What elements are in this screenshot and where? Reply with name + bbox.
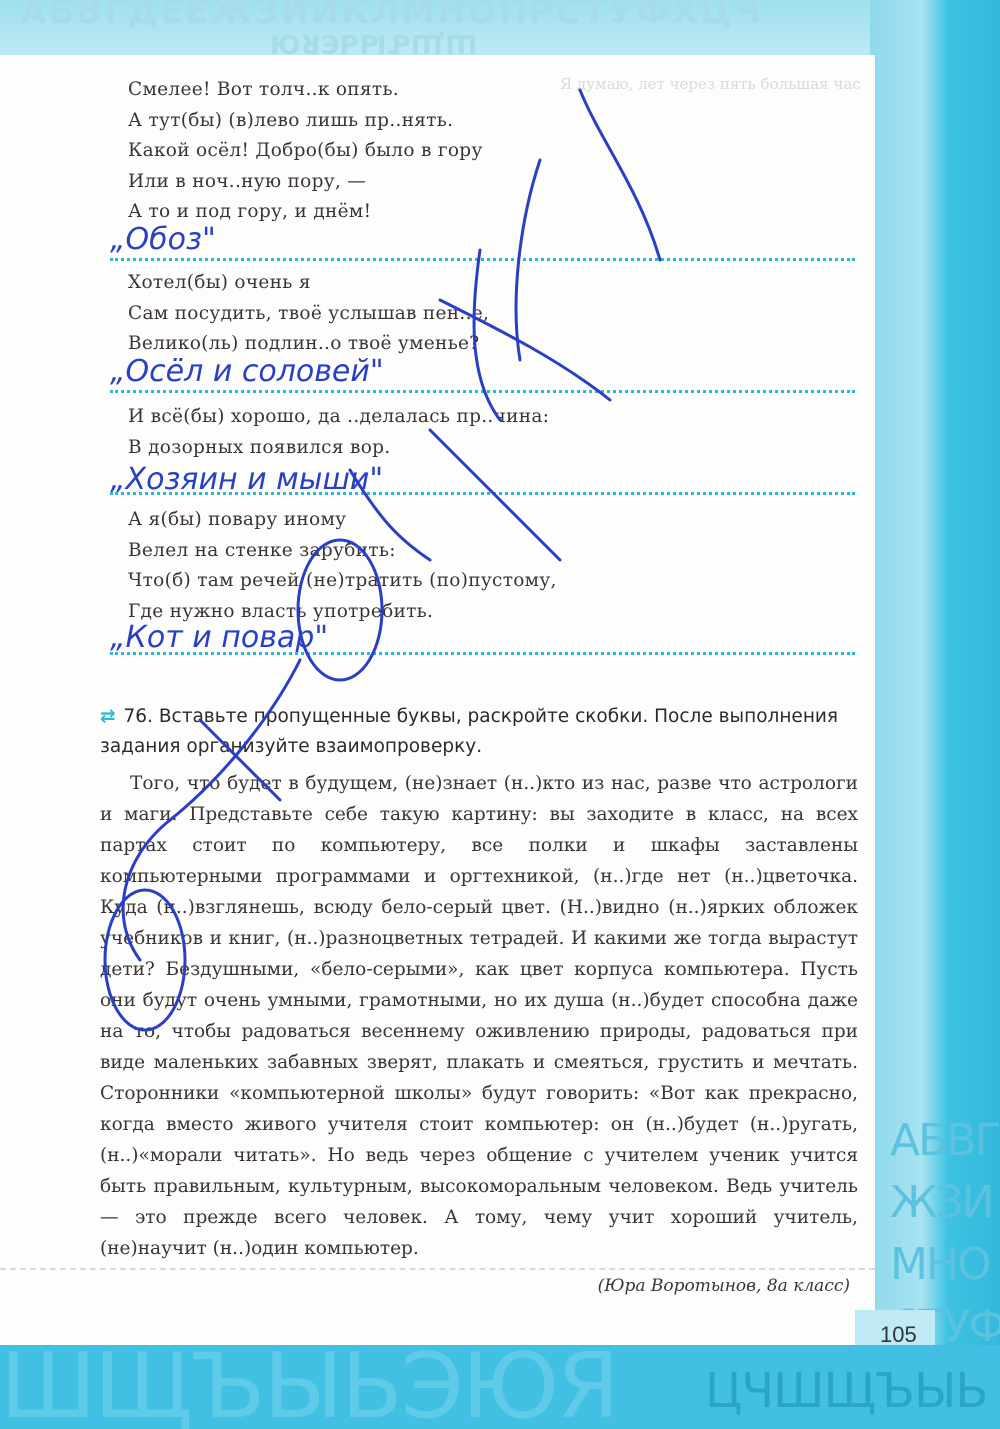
poem-excerpt-2: Хотел(бы) очень я Сам посудить, твоё усл…: [128, 268, 489, 360]
poem-line: Велел на стенке зарубить:: [128, 536, 557, 567]
exercise-76-header: ⇄76. Вставьте пропущенные буквы, раскрой…: [100, 702, 860, 762]
poem-line: Смелее! Вот толч..к опять.: [128, 75, 483, 106]
poem-line: Или в ноч..ную пору, —: [128, 167, 483, 198]
poem-excerpt-3: И всё(бы) хорошо, да ..делалась пр..чина…: [128, 402, 549, 463]
decorative-alphabet-bottom: ШЩЪЫЬЭЮЯ: [0, 1345, 617, 1429]
answer-line-4: [110, 652, 855, 655]
answer-line-3: [110, 492, 855, 495]
poem-excerpt-4: А я(бы) повару иному Велел на стенке зар…: [128, 505, 557, 627]
author-signature: (Юра Воротынов, 8а класс): [598, 1276, 850, 1296]
poem-line: Сам посудить, твоё услышав пен..е,: [128, 299, 489, 330]
pair-work-icon: ⇄: [100, 706, 116, 727]
top-decorative-band: АБВГДЕЁЖЗИЙКЛМНОПРСТУФХЦЧ ЮЯЭЬЫЪЩШ: [0, 0, 1000, 60]
poem-line: Что(б) там речей (не)тратить (по)пустому…: [128, 566, 557, 597]
decorative-alphabet-mirrored: ЮЯЭЬЫЪЩШ: [270, 28, 477, 58]
decorative-alphabet-bottom-small: ЦЧШЩЪЫЬ: [705, 1363, 987, 1419]
bottom-decorative-band: ШЩЪЫЬЭЮЯ ЦЧШЩЪЫЬ: [0, 1345, 1000, 1429]
exercise-instruction: Вставьте пропущенные буквы, раскройте ск…: [100, 706, 838, 757]
poem-line: А тут(бы) (в)лево лишь пр..нять.: [128, 106, 483, 137]
exercise-number: 76.: [124, 706, 153, 727]
page-number: 105: [880, 1322, 917, 1348]
poem-line: В дозорных появился вор.: [128, 433, 549, 464]
handwritten-answer-4: „Кот и повар": [110, 620, 328, 655]
poem-line: Хотел(бы) очень я: [128, 268, 489, 299]
handwritten-answer-1: „Обоз": [110, 222, 216, 257]
poem-line: А я(бы) повару иному: [128, 505, 557, 536]
bleed-dashed-line: [0, 1268, 875, 1270]
bleed-through-text: Я думаю, лет через пять большая часть уч…: [560, 75, 860, 93]
answer-line-1: [110, 258, 855, 261]
exercise-76-text: Того, что будет в будущем, (не)знает (н.…: [100, 768, 858, 1264]
poem-line: Какой осёл! Добро(бы) было в гору: [128, 136, 483, 167]
handwritten-answer-2: „Осёл и соловей": [110, 354, 384, 389]
answer-line-2: [110, 390, 855, 393]
poem-line: И всё(бы) хорошо, да ..делалась пр..чина…: [128, 402, 549, 433]
poem-excerpt-1: Смелее! Вот толч..к опять. А тут(бы) (в)…: [128, 75, 483, 228]
